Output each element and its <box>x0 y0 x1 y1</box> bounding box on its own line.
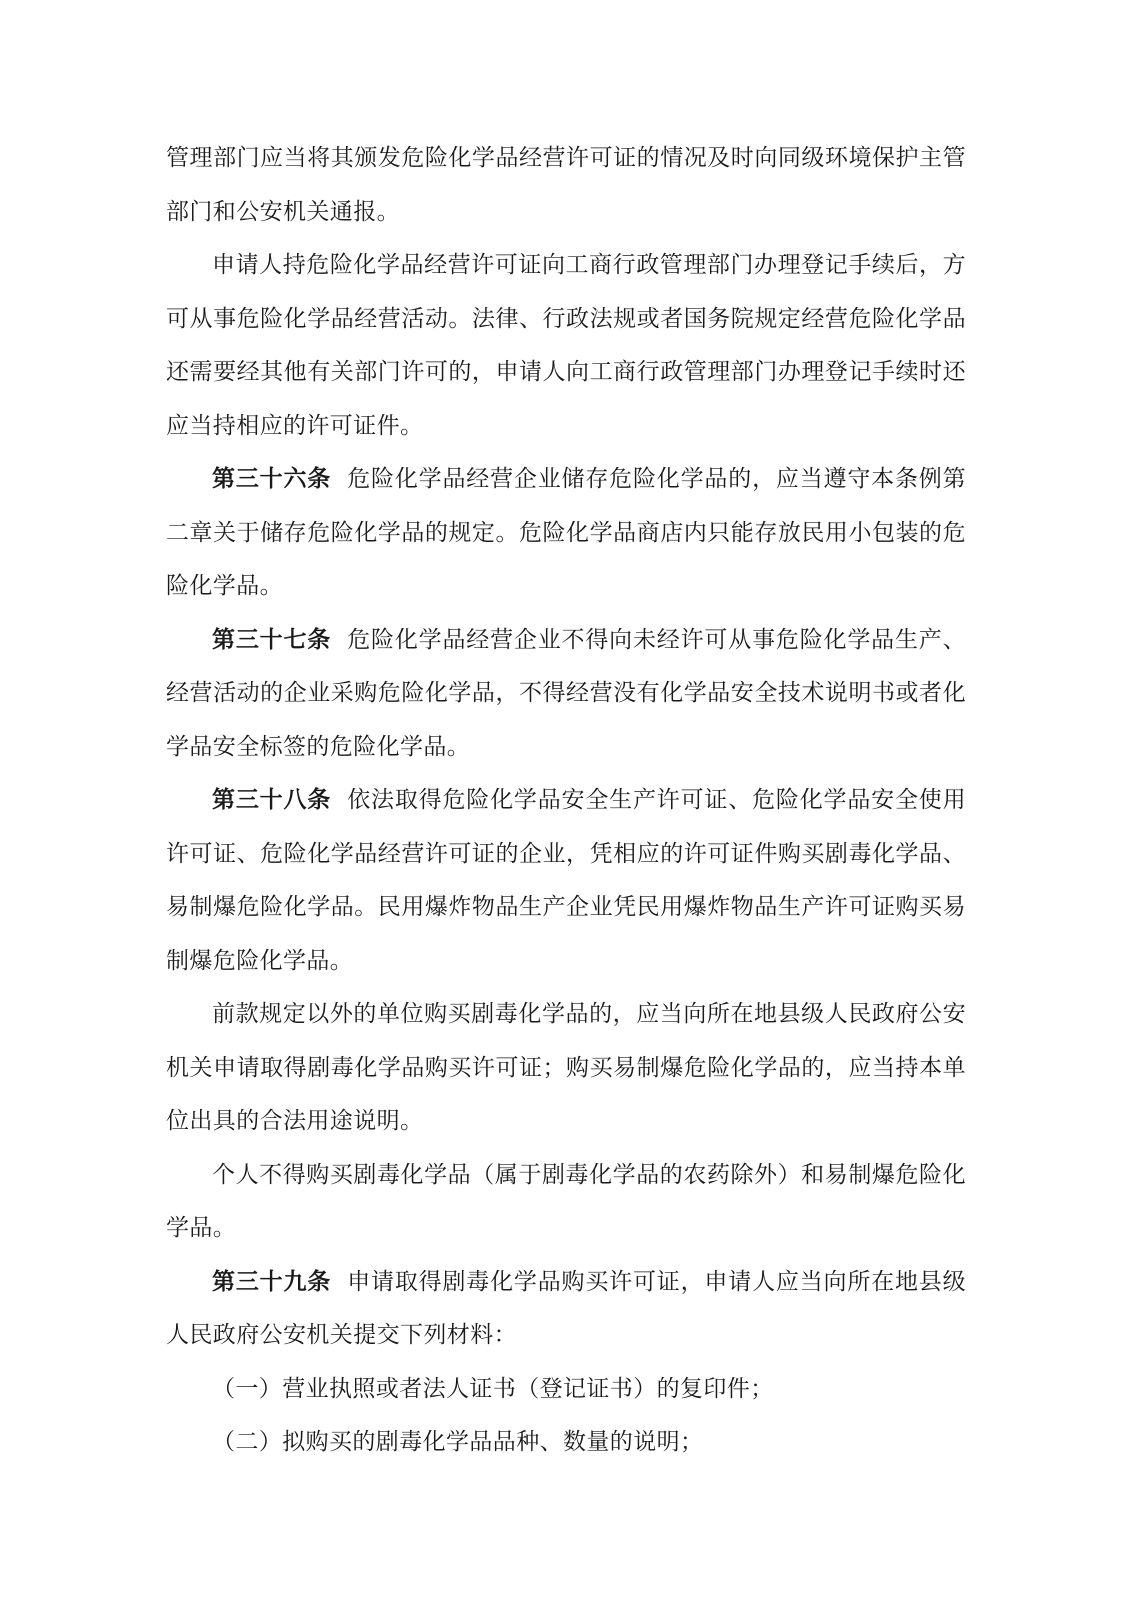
paragraph-text: （一）营业执照或者法人证书（登记证书）的复印件； <box>212 1376 774 1401</box>
document-content: 管理部门应当将其颁发危险化学品经营许可证的情况及时向同级环境保护主管部门和公安机… <box>0 0 1132 1469</box>
article-number-label: 第三十六条 <box>212 466 331 491</box>
article-37: 第三十七条危险化学品经营企业不得向未经许可从事危险化学品生产、经营活动的企业采购… <box>166 613 966 774</box>
article-39: 第三十九条申请取得剧毒化学品购买许可证，申请人应当向所在地县级人民政府公安机关提… <box>166 1255 966 1362</box>
paragraph-continuation: 管理部门应当将其颁发危险化学品经营许可证的情况及时向同级环境保护主管部门和公安机… <box>166 131 966 238</box>
paragraph-text: （二）拟购买的剧毒化学品品种、数量的说明； <box>212 1429 703 1454</box>
article-38: 第三十八条依法取得危险化学品安全生产许可证、危险化学品安全使用许可证、危险化学品… <box>166 773 966 987</box>
paragraph-text: 管理部门应当将其颁发危险化学品经营许可证的情况及时向同级环境保护主管部门和公安机… <box>166 145 966 224</box>
paragraph-text: 个人不得购买剧毒化学品（属于剧毒化学品的农药除外）和易制爆危险化学品。 <box>166 1162 966 1241</box>
paragraph-text: 依法取得危险化学品安全生产许可证、危险化学品安全使用许可证、危险化学品经营许可证… <box>166 787 966 973</box>
list-item-1: （一）营业执照或者法人证书（登记证书）的复印件； <box>166 1362 966 1416</box>
list-item-2: （二）拟购买的剧毒化学品品种、数量的说明； <box>166 1415 966 1469</box>
article-number-label: 第三十七条 <box>212 627 331 652</box>
paragraph-individual-prohibition: 个人不得购买剧毒化学品（属于剧毒化学品的农药除外）和易制爆危险化学品。 <box>166 1148 966 1255</box>
paragraph-text: 前款规定以外的单位购买剧毒化学品的，应当向所在地县级人民政府公安机关申请取得剧毒… <box>166 1001 966 1133</box>
paragraph-text: 申请人持危险化学品经营许可证向工商行政管理部门办理登记手续后，方可从事危险化学品… <box>166 252 966 438</box>
paragraph-registration: 申请人持危险化学品经营许可证向工商行政管理部门办理登记手续后，方可从事危险化学品… <box>166 238 966 452</box>
paragraph-purchase-permit: 前款规定以外的单位购买剧毒化学品的，应当向所在地县级人民政府公安机关申请取得剧毒… <box>166 987 966 1148</box>
article-36: 第三十六条危险化学品经营企业储存危险化学品的，应当遵守本条例第二章关于储存危险化… <box>166 452 966 613</box>
article-number-label: 第三十八条 <box>212 787 331 812</box>
document-page: 管理部门应当将其颁发危险化学品经营许可证的情况及时向同级环境保护主管部门和公安机… <box>0 0 1132 1600</box>
article-number-label: 第三十九条 <box>212 1269 331 1294</box>
